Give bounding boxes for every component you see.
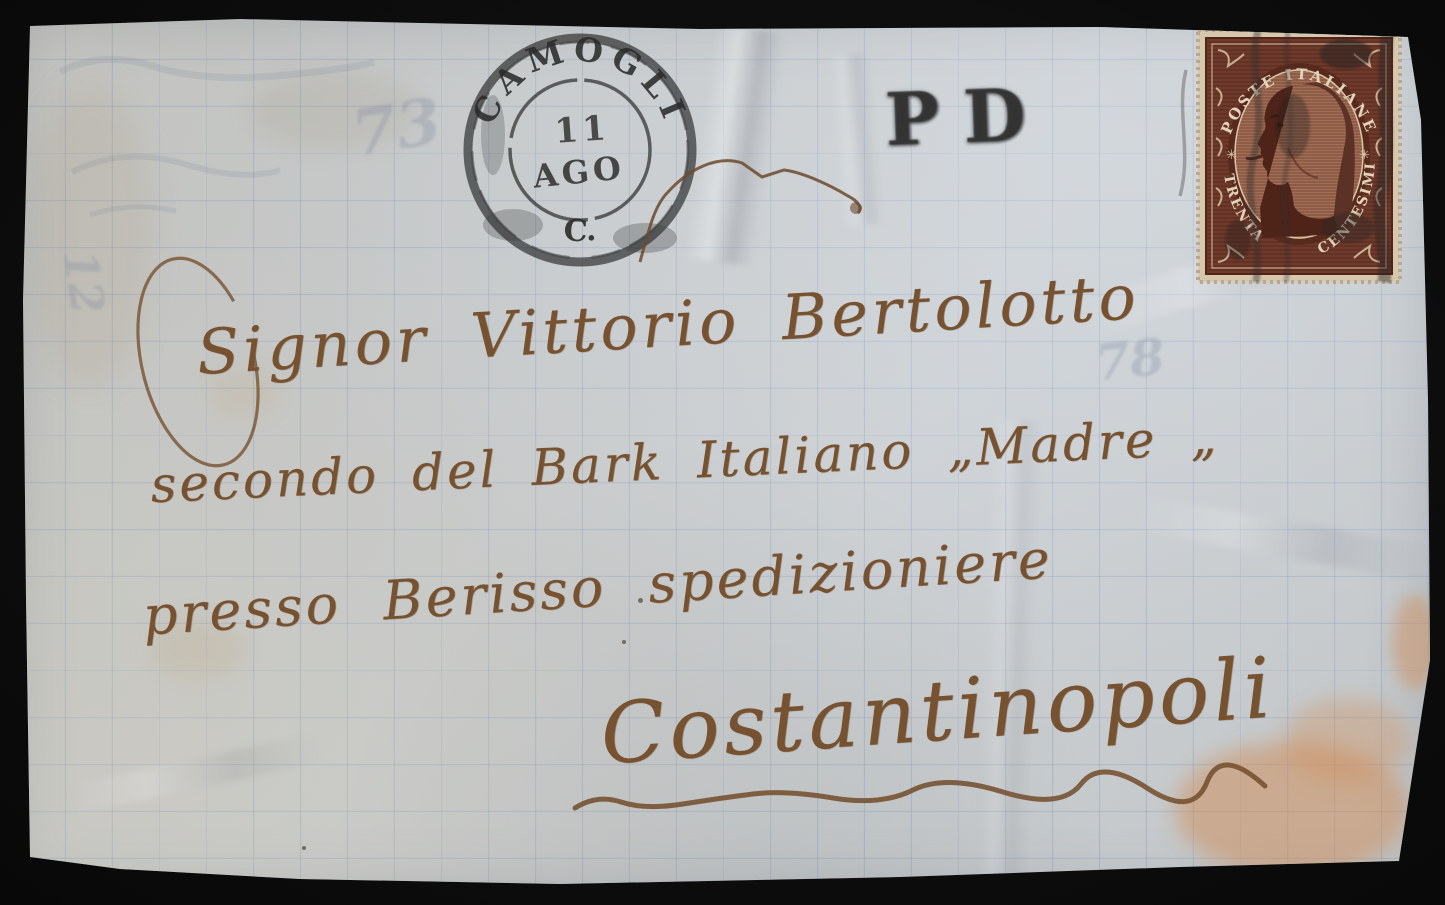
cancel-overflow-squiggle [1180, 70, 1186, 196]
ink-overlay [0, 0, 1445, 905]
ghost-squiggle [60, 59, 374, 77]
ghost-squiggle [90, 207, 176, 215]
paper-tear-mark [640, 161, 860, 262]
destination-underline [575, 765, 1265, 808]
address-initial-flourish [118, 246, 278, 479]
paper-tear-blob [850, 202, 862, 214]
ghost-squiggle [72, 157, 280, 175]
ghost-squiggles [60, 59, 374, 215]
envelope-paper: 73 78 12 Signor Vittorio Bertolotto seco… [0, 0, 1445, 905]
paper-tear-dark [742, 163, 784, 177]
